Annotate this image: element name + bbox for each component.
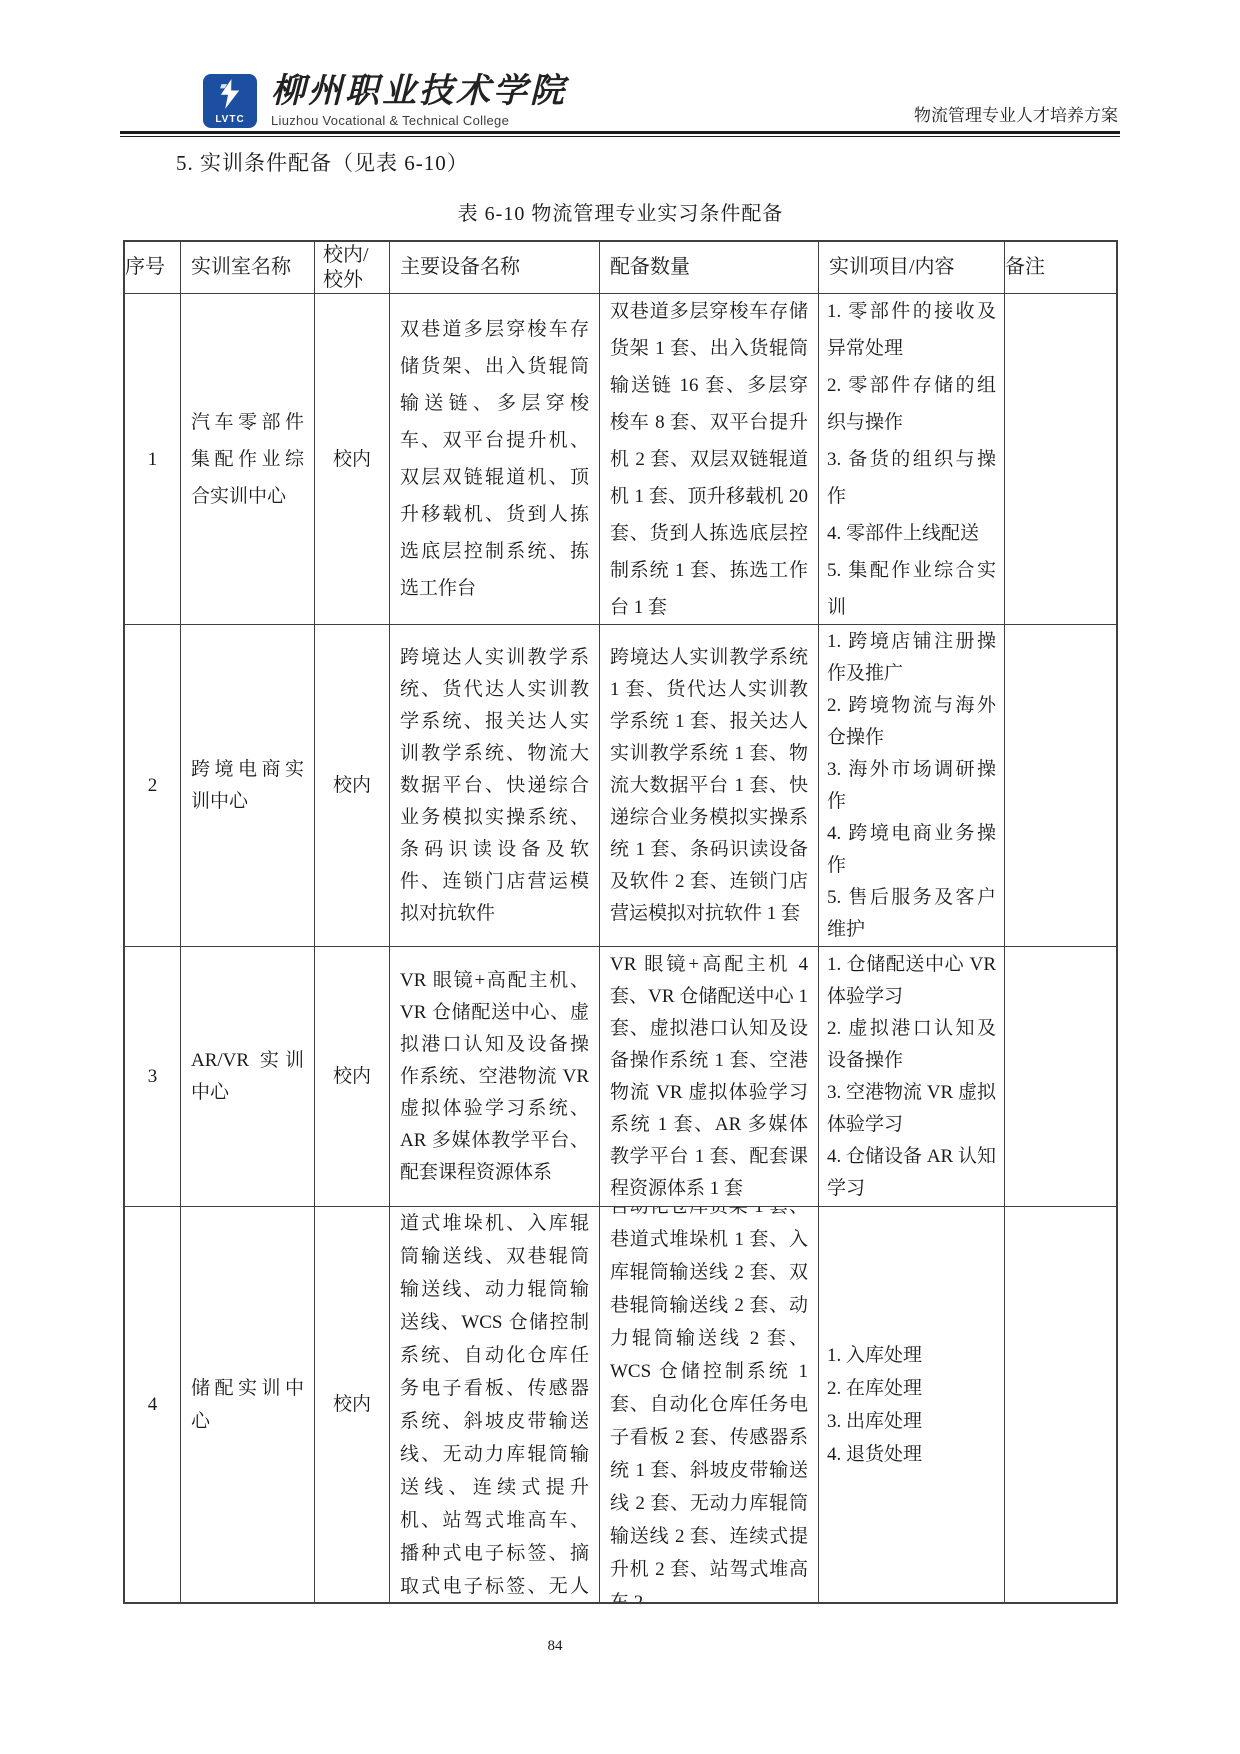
cell-location: 校内 xyxy=(315,1207,390,1602)
cell-remark xyxy=(1005,1207,1116,1602)
cell-remark xyxy=(1005,625,1116,947)
header-cell-projects: 实训项目/内容 xyxy=(819,242,1005,294)
table-row: 2 跨境电商实训中心 校内 跨境达人实训教学系统、货代达人实训教学系统、报关达人… xyxy=(125,625,1116,947)
header-cell-room: 实训室名称 xyxy=(181,242,315,294)
cell-no: 3 xyxy=(125,947,181,1207)
cell-location: 校内 xyxy=(315,294,390,625)
table-header-row: 序号 实训室名称 校内/校外 主要设备名称 配备数量 实训项目/内容 备注 xyxy=(125,242,1116,294)
cell-room-name: AR/VR 实训中心 xyxy=(181,947,315,1207)
cell-quantity: 自动化仓库货架 1 套、巷道式堆垛机 1 套、入库辊筒输送线 2 套、双巷辊筒输… xyxy=(600,1207,819,1602)
header-cell-no: 序号 xyxy=(125,242,181,294)
cell-room-name: 储配实训中心 xyxy=(181,1207,315,1602)
school-name-zh: 柳州职业技术学院 xyxy=(271,74,567,110)
header-cell-equipment: 主要设备名称 xyxy=(390,242,600,294)
header-cell-remark: 备注 xyxy=(1005,242,1116,294)
cell-room-name: 汽车零部件集配作业综合实训中心 xyxy=(181,294,315,625)
header-cell-location: 校内/校外 xyxy=(315,242,390,294)
cell-equipment: 自动化仓库货架、巷道式堆垛机、入库辊筒输送线、双巷辊筒输送线、动力辊筒输送线、W… xyxy=(390,1207,600,1602)
cell-quantity: 双巷道多层穿梭车存储货架 1 套、出入货辊筒输送链 16 套、多层穿梭车 8 套… xyxy=(600,294,819,625)
cell-projects: 1. 入库处理 2. 在库处理 3. 出库处理 4. 退货处理 xyxy=(819,1207,1005,1602)
logo-abbr: LVTC xyxy=(215,114,244,128)
cell-no: 2 xyxy=(125,625,181,947)
cell-no: 4 xyxy=(125,1207,181,1602)
cell-projects: 1. 跨境店铺注册操作及推广 2. 跨境物流与海外仓操作 3. 海外市场调研操作… xyxy=(819,625,1005,947)
cell-location: 校内 xyxy=(315,947,390,1207)
school-names: 柳州职业技术学院 Liuzhou Vocational & Technical … xyxy=(271,74,567,128)
header-rule-thick-line xyxy=(120,131,1120,134)
cell-equipment: 跨境达人实训教学系统、货代达人实训教学系统、报关达人实训教学系统、物流大数据平台… xyxy=(390,625,600,947)
table-caption: 表 6-10 物流管理专业实习条件配备 xyxy=(123,197,1118,226)
doc-title: 物流管理专业人才培养方案 xyxy=(914,101,1118,128)
cell-equipment: VR 眼镜+高配主机、VR 仓储配送中心、虚拟港口认知及设备操作系统、空港物流 … xyxy=(390,947,600,1207)
cell-projects: 1. 零部件的接收及异常处理 2. 零部件存储的组织与操作 3. 备货的组织与操… xyxy=(819,294,1005,625)
cell-quantity: 跨境达人实训教学系统 1 套、货代达人实训教学系统 1 套、报关达人实训教学系统… xyxy=(600,625,819,947)
school-name-en: Liuzhou Vocational & Technical College xyxy=(271,113,567,128)
cell-remark xyxy=(1005,294,1116,625)
school-brand: LVTC 柳州职业技术学院 Liuzhou Vocational & Techn… xyxy=(203,74,567,128)
table-row: 3 AR/VR 实训中心 校内 VR 眼镜+高配主机、VR 仓储配送中心、虚拟港… xyxy=(125,947,1116,1207)
cell-quantity: VR 眼镜+高配主机 4 套、VR 仓储配送中心 1 套、虚拟港口认知及设备操作… xyxy=(600,947,819,1207)
header-rule xyxy=(120,131,1120,137)
cell-location: 校内 xyxy=(315,625,390,947)
cell-room-name: 跨境电商实训中心 xyxy=(181,625,315,947)
cell-projects: 1. 仓储配送中心 VR 体验学习 2. 虚拟港口认知及设备操作 3. 空港物流… xyxy=(819,947,1005,1207)
cell-no: 1 xyxy=(125,294,181,625)
school-logo: LVTC xyxy=(203,74,257,128)
cell-equipment: 双巷道多层穿梭车存储货架、出入货辊筒输送链、多层穿梭车、双平台提升机、双层双链辊… xyxy=(390,294,600,625)
table-row: 1 汽车零部件集配作业综合实训中心 校内 双巷道多层穿梭车存储货架、出入货辊筒输… xyxy=(125,294,1116,625)
cell-remark xyxy=(1005,947,1116,1207)
table-row: 4 储配实训中心 校内 自动化仓库货架、巷道式堆垛机、入库辊筒输送线、双巷辊筒输… xyxy=(125,1207,1116,1602)
header-cell-quantity: 配备数量 xyxy=(600,242,819,294)
training-conditions-table: 序号 实训室名称 校内/校外 主要设备名称 配备数量 实训项目/内容 备注 1 … xyxy=(123,240,1118,1604)
page-header: LVTC 柳州职业技术学院 Liuzhou Vocational & Techn… xyxy=(123,70,1118,128)
lightning-bolt-icon xyxy=(213,77,247,111)
page-number: 84 xyxy=(0,1638,1110,1655)
header-rule-thin-line xyxy=(120,136,1120,137)
section-heading: 5. 实训条件配备（见表 6-10） xyxy=(176,147,469,177)
